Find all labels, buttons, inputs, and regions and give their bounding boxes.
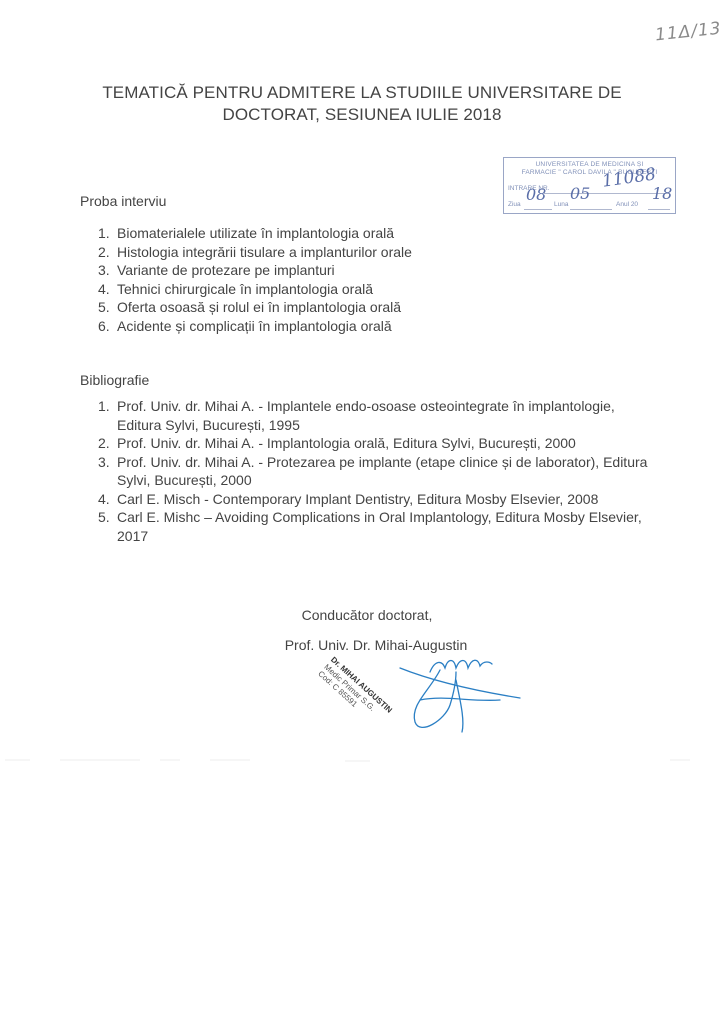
bibliography-entry-item-text: Prof. Univ. dr. Mihai A. - Protezarea pe…: [117, 454, 647, 489]
seal-line-2: Medic Primar S.G.: [322, 662, 387, 722]
interview-topic-item-text: Variante de protezare pe implanturi: [117, 262, 335, 278]
stamp-entry-underline: [544, 193, 669, 194]
interview-topic-item: 6.Acidente și complicații în implantolog…: [92, 317, 552, 336]
bibliography-entry-item-text: Prof. Univ. dr. Mihai A. - Implantologia…: [117, 435, 576, 451]
interview-topic-item-number: 1.: [98, 224, 110, 243]
stamp-month-value: 05: [570, 190, 590, 198]
stamp-month-underline: [570, 209, 612, 210]
bibliography-list: 1.Prof. Univ. dr. Mihai A. - Implantele …: [92, 397, 652, 545]
scan-artifact-line: [0, 755, 724, 763]
signature-name: Prof. Univ. Dr. Mihai-Augustin: [0, 637, 724, 653]
stamp-year-underline: [648, 209, 670, 210]
title-line-2: DOCTORAT, SESIUNEA IULIE 2018: [60, 104, 664, 126]
handwritten-signature: [390, 650, 530, 740]
bibliography-entry-item: 1.Prof. Univ. dr. Mihai A. - Implantele …: [92, 397, 652, 434]
interview-topic-item-number: 2.: [98, 243, 110, 262]
bibliography-entry-item: 3.Prof. Univ. dr. Mihai A. - Protezarea …: [92, 453, 652, 490]
interview-topic-item: 1.Biomaterialele utilizate în implantolo…: [92, 224, 552, 243]
bibliography-entry-item-text: Carl E. Mishc – Avoiding Complications i…: [117, 509, 642, 544]
document-title: TEMATICĂ PENTRU ADMITERE LA STUDIILE UNI…: [60, 82, 664, 126]
interview-topic-item: 5.Oferta osoasă și rolul ei în implantol…: [92, 298, 552, 317]
bibliography-entry-item-number: 4.: [98, 490, 110, 509]
interview-topic-item-text: Tehnici chirurgicale în implantologia or…: [117, 281, 373, 297]
interview-topic-item-text: Oferta osoasă și rolul ei în implantolog…: [117, 299, 401, 315]
bibliography-entry-item-number: 5.: [98, 508, 110, 527]
doctor-seal: Dr. MIHAI AUGUSTIN Medic Primar S.G. Cod…: [316, 655, 394, 729]
interview-topic-item-text: Acidente și complicații în implantologia…: [117, 318, 392, 334]
document-page: 11Δ/13 TEMATICĂ PENTRU ADMITERE LA STUDI…: [0, 0, 724, 1024]
interview-topic-item: 2.Histologia integrării tisulare a impla…: [92, 243, 552, 262]
stamp-entry-number: 11088: [602, 170, 657, 185]
bibliography-entry-item-number: 3.: [98, 453, 110, 472]
registration-stamp: UNIVERSITATEA DE MEDICINA ȘI FARMACIE " …: [503, 157, 676, 214]
interview-topic-item-text: Histologia integrării tisulare a implant…: [117, 244, 412, 260]
bibliography-entry-item-text: Carl E. Misch - Contemporary Implant Den…: [117, 491, 598, 507]
interview-topic-item-number: 6.: [98, 317, 110, 336]
interview-topics-list: 1.Biomaterialele utilizate în implantolo…: [92, 224, 552, 335]
bibliography-entry-item-text: Prof. Univ. dr. Mihai A. - Implantele en…: [117, 398, 615, 433]
stamp-day-underline: [524, 209, 552, 210]
title-line-1: TEMATICĂ PENTRU ADMITERE LA STUDIILE UNI…: [60, 82, 664, 104]
bibliography-section-label: Bibliografie: [80, 372, 149, 388]
stamp-year-value: 18: [652, 190, 672, 198]
stamp-day-label: Ziua: [508, 201, 521, 209]
interview-topic-item: 3.Variante de protezare pe implanturi: [92, 261, 552, 280]
interview-topic-item-text: Biomaterialele utilizate în implantologi…: [117, 225, 394, 241]
stamp-day-value: 08: [526, 191, 546, 199]
bibliography-entry-item: 2.Prof. Univ. dr. Mihai A. - Implantolog…: [92, 434, 652, 453]
interview-topic-item: 4.Tehnici chirurgicale în implantologia …: [92, 280, 552, 299]
stamp-year-label: Anul 20: [616, 201, 638, 209]
interview-topic-item-number: 3.: [98, 261, 110, 280]
bibliography-entry-item: 5.Carl E. Mishc – Avoiding Complications…: [92, 508, 652, 545]
bibliography-entry-item-number: 2.: [98, 434, 110, 453]
handwritten-page-note: 11Δ/13: [654, 19, 722, 46]
interview-section-label: Proba interviu: [80, 193, 166, 209]
stamp-month-label: Luna: [554, 201, 568, 209]
bibliography-entry-item: 4.Carl E. Misch - Contemporary Implant D…: [92, 490, 652, 509]
signature-role: Conducător doctorat,: [0, 607, 724, 623]
interview-topic-item-number: 5.: [98, 298, 110, 317]
interview-topic-item-number: 4.: [98, 280, 110, 299]
bibliography-entry-item-number: 1.: [98, 397, 110, 416]
